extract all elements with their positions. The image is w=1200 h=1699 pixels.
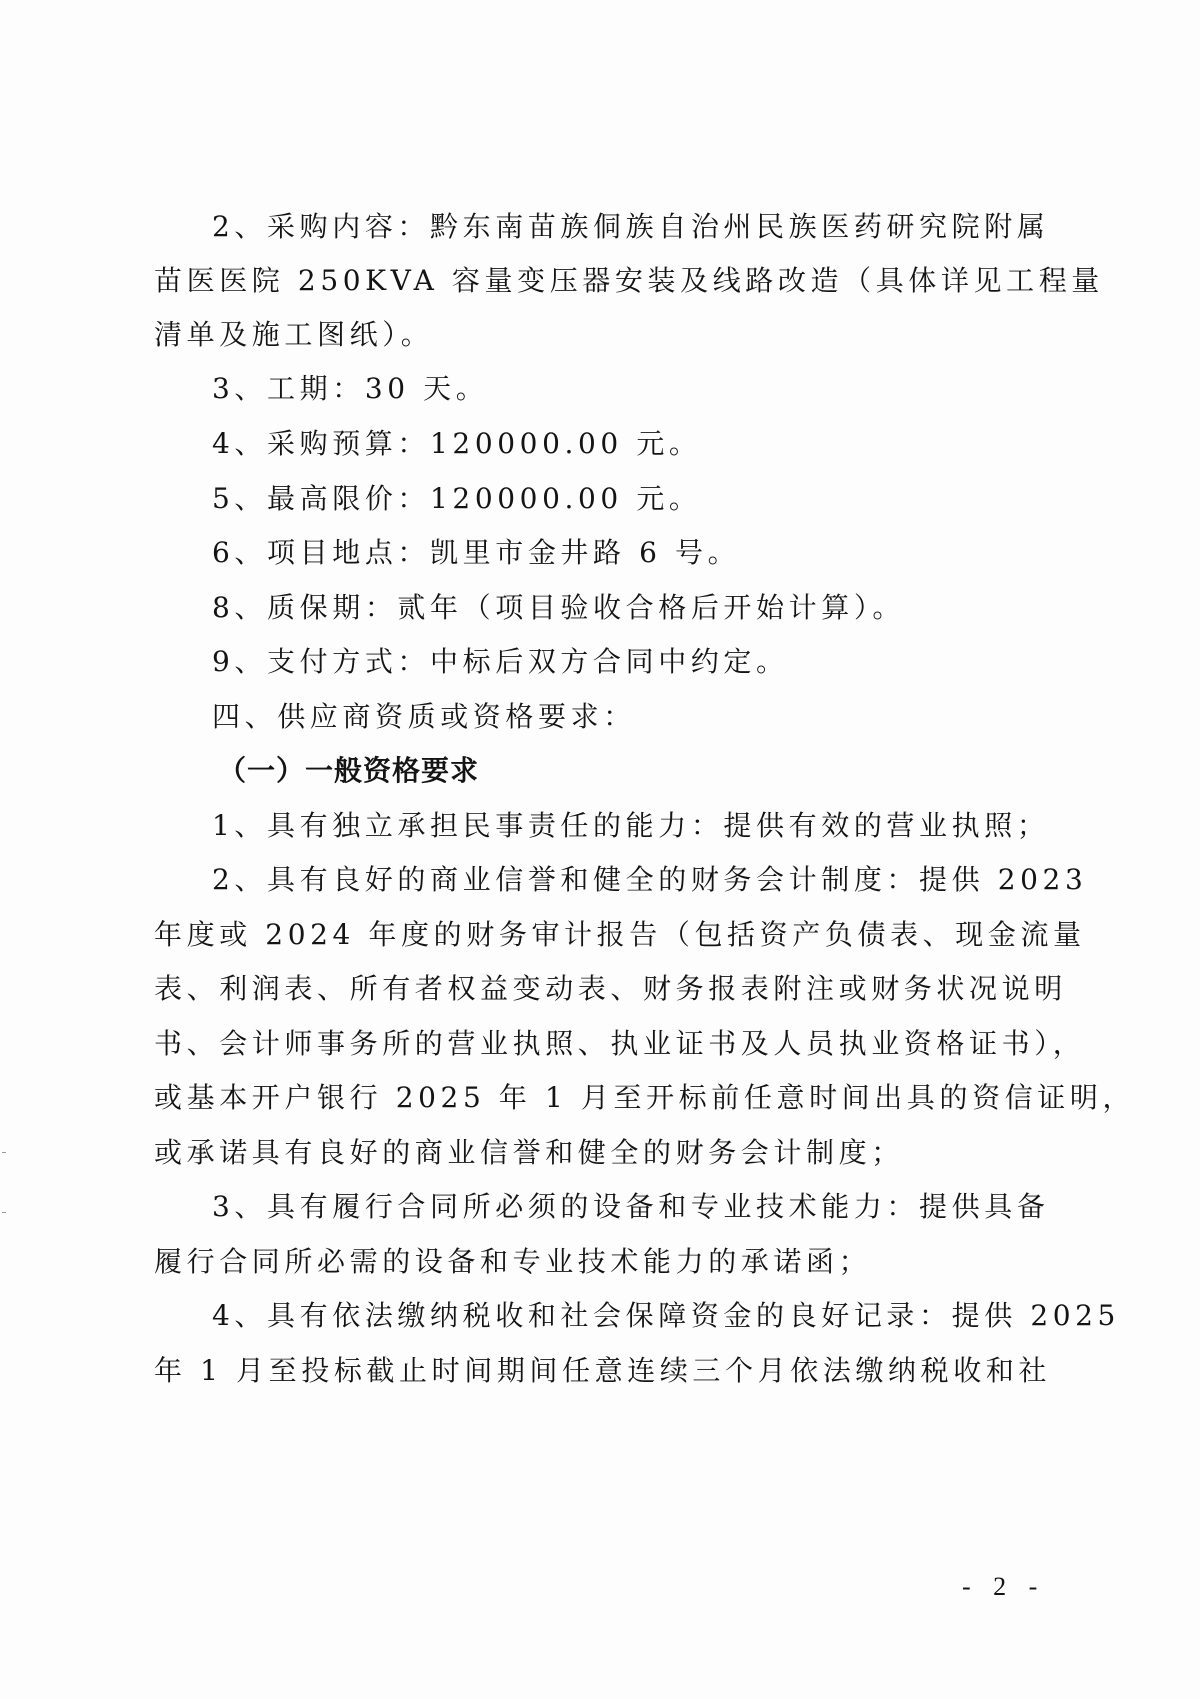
item-6-location: 6、项目地点：凯里市金井路 6 号。: [212, 533, 740, 573]
scan-margin-mark: [2, 1212, 6, 1213]
requirement-2-line1: 2、具有良好的商业信誉和健全的财务会计制度：提供 2023: [212, 860, 1087, 900]
item-9-payment-method: 9、支付方式：中标后双方合同中约定。: [212, 642, 789, 682]
page-number: - 2 -: [962, 1572, 1045, 1602]
scan-margin-mark: [2, 1152, 6, 1153]
requirement-3-line2: 履行合同所必需的设备和专业技术能力的承诺函；: [154, 1242, 871, 1282]
item-3-duration: 3、工期：30 天。: [212, 369, 488, 409]
requirement-4-line2: 年 1 月至投标截止时间期间任意连续三个月依法缴纳税收和社: [154, 1351, 1051, 1391]
item-4-budget: 4、采购预算：120000.00 元。: [212, 424, 702, 464]
item-5-max-price: 5、最高限价：120000.00 元。: [212, 479, 702, 519]
item-2-procurement-content-line1: 2、采购内容：黔东南苗族侗族自治州民族医药研究院附属: [212, 207, 1049, 247]
item-8-warranty: 8、质保期：贰年（项目验收合格后开始计算）。: [212, 588, 905, 628]
requirement-2-line5: 或基本开户银行 2025 年 1 月至开标前任意时间出具的资信证明，: [154, 1078, 1135, 1118]
item-2-procurement-content-line3: 清单及施工图纸）。: [154, 315, 433, 355]
document-page: 2、采购内容：黔东南苗族侗族自治州民族医药研究院附属 苗医医院 250KVA 容…: [0, 0, 1200, 1699]
requirement-2-line6: 或承诺具有良好的商业信誉和健全的财务会计制度；: [154, 1133, 904, 1173]
requirement-4-line1: 4、具有依法缴纳税收和社会保障资金的良好记录：提供 2025: [212, 1296, 1120, 1336]
requirement-1-line1: 1、具有独立承担民事责任的能力：提供有效的营业执照；: [212, 806, 1049, 846]
requirement-2-line4: 书、会计师事务所的营业执照、执业证书及人员执业资格证书），: [154, 1024, 1085, 1064]
item-2-procurement-content-line2: 苗医医院 250KVA 容量变压器安装及线路改造（具体详见工程量: [154, 261, 1104, 301]
section-heading: 四、供应商资质或资格要求：: [212, 697, 636, 737]
requirement-2-line2: 年度或 2024 年度的财务审计报告（包括资产负债表、现金流量: [154, 915, 1086, 955]
requirement-2-line3: 表、利润表、所有者权益变动表、财务报表附注或财务状况说明: [154, 969, 1067, 1009]
requirement-3-line1: 3、具有履行合同所必须的设备和专业技术能力：提供具备: [212, 1187, 1049, 1227]
subsection-heading: （一）一般资格要求: [218, 751, 479, 791]
